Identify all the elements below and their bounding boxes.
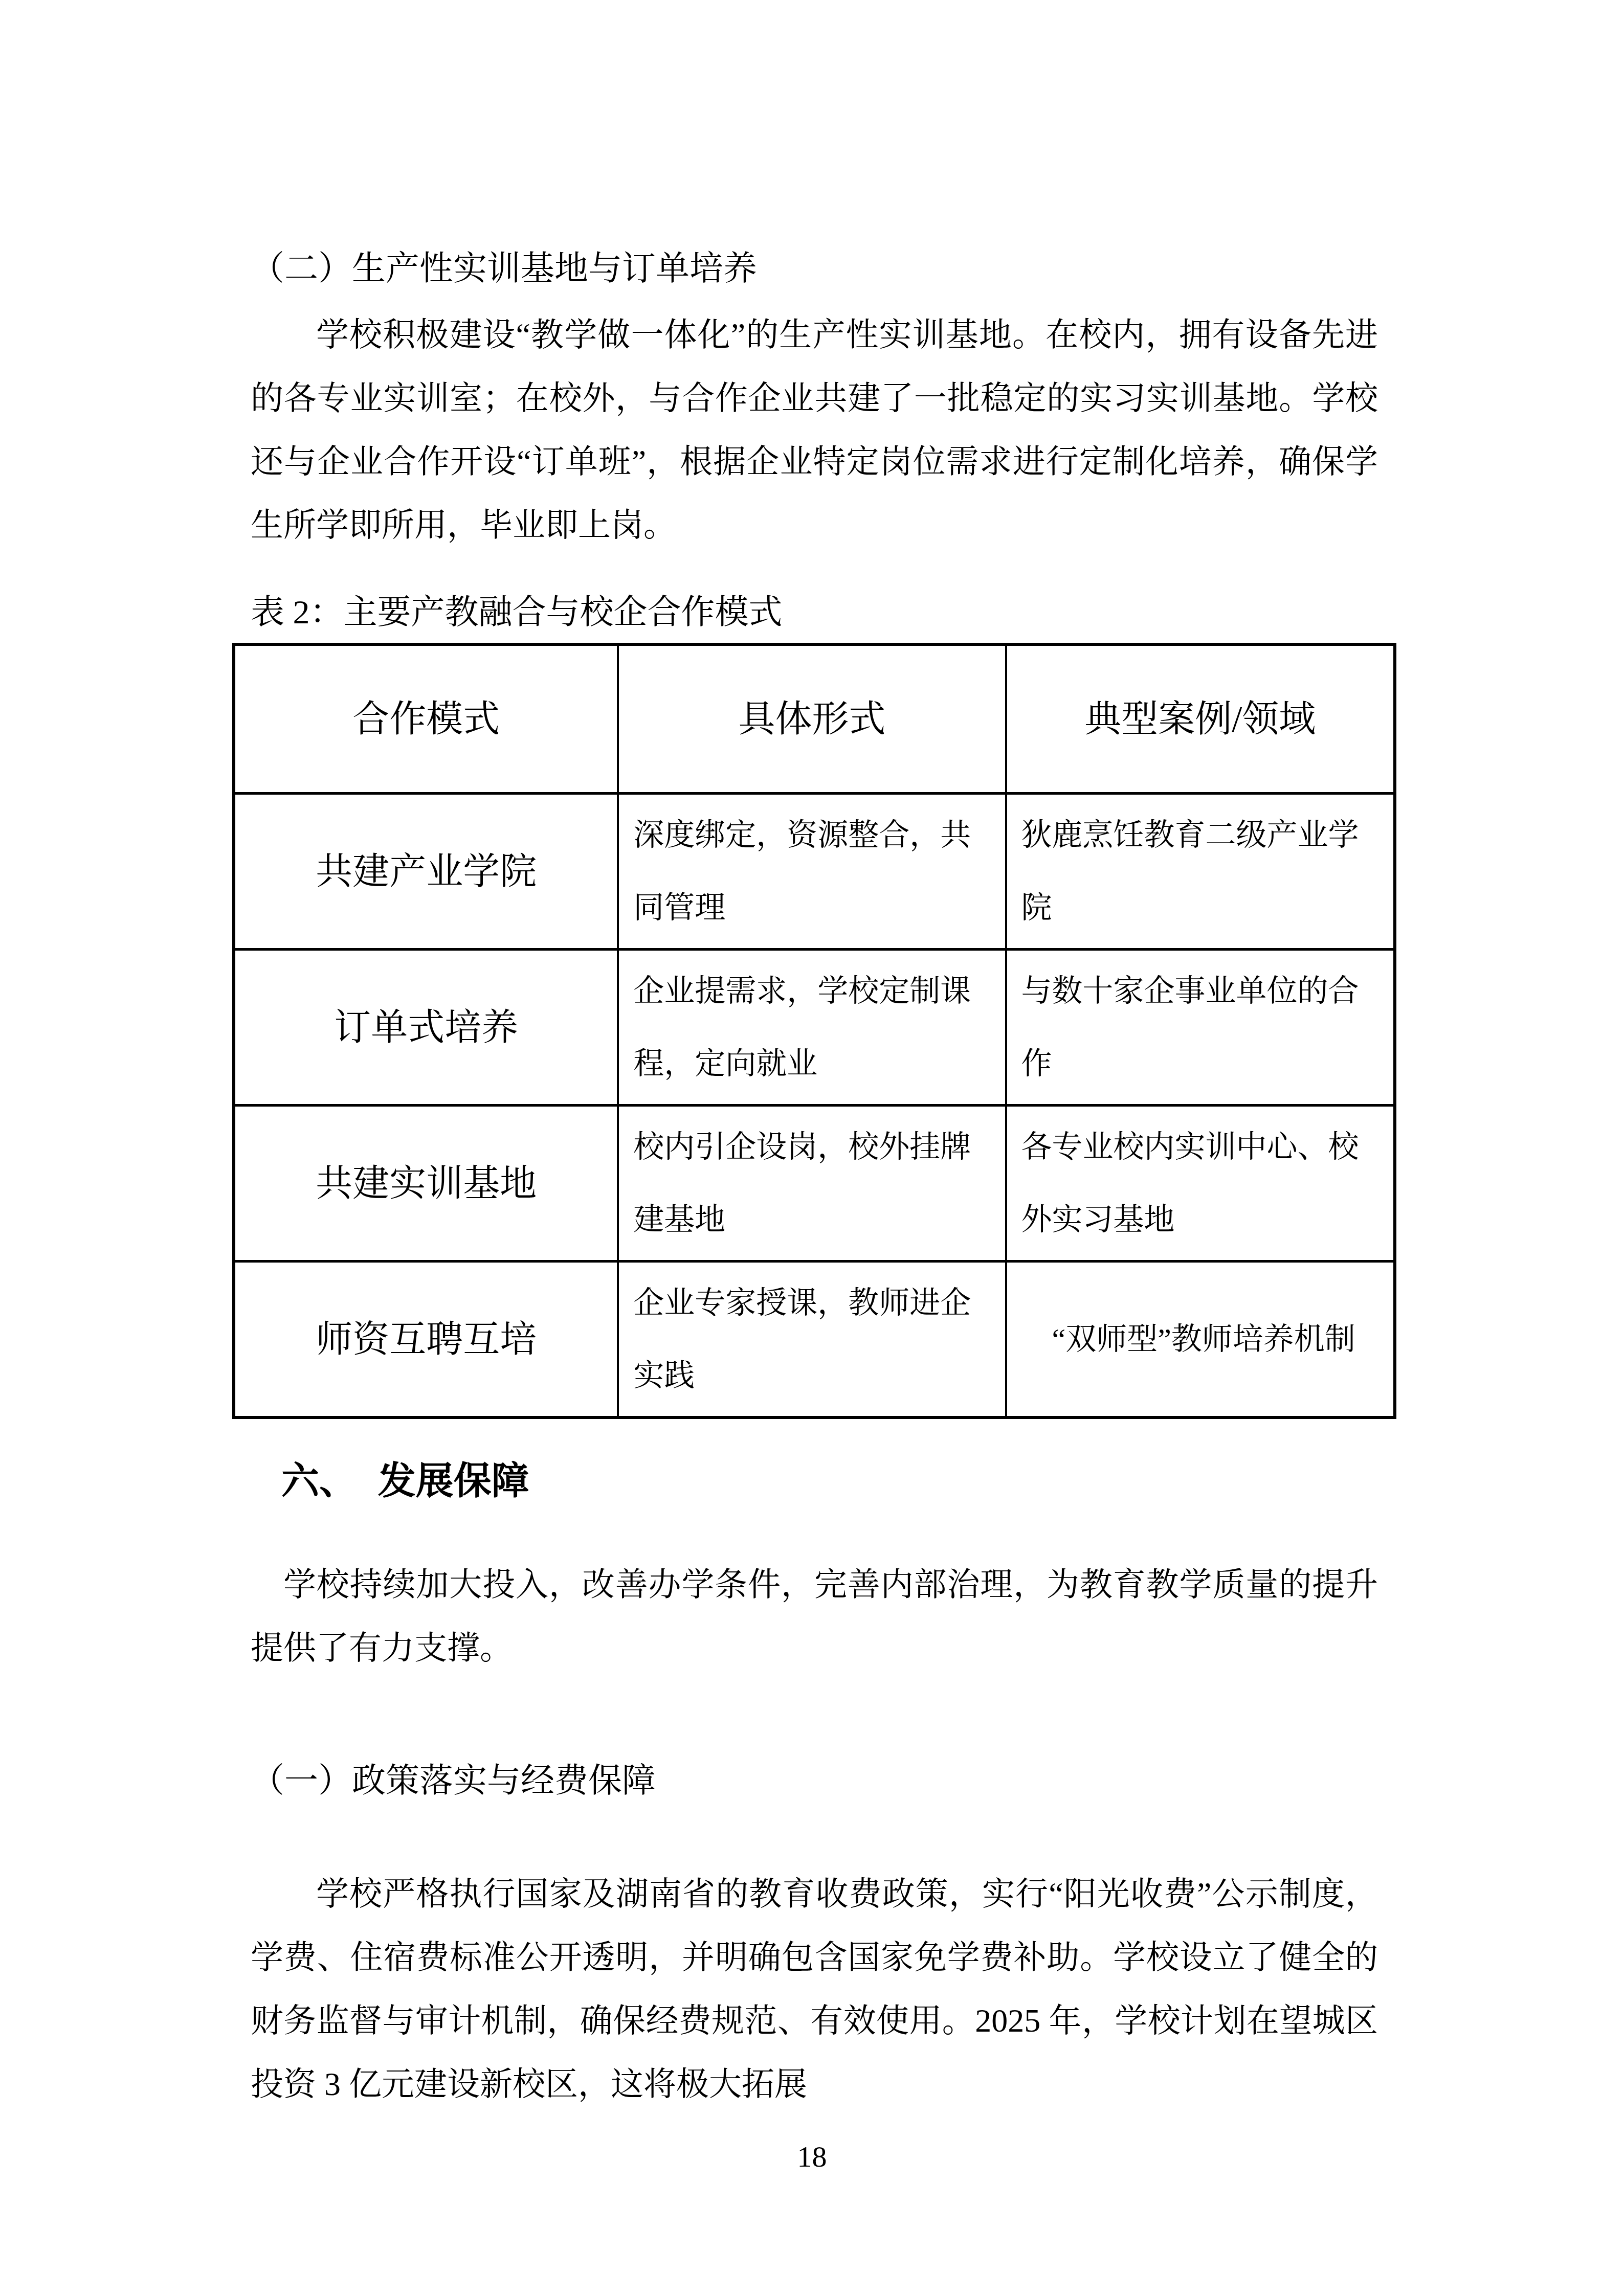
table-row: 共建产业学院 深度绑定，资源整合，共同管理 狄鹿烹饪教育二级产业学院 bbox=[234, 793, 1395, 949]
document-content: （二）生产性实训基地与订单培养 学校积极建设“教学做一体化”的生产性实训基地。在… bbox=[232, 0, 1396, 2116]
section-number: 六、 bbox=[281, 1460, 357, 1502]
table-row: 共建实训基地 校内引企设岗，校外挂牌建基地 各专业校内实训中心、校外实习基地 bbox=[234, 1105, 1395, 1261]
cell-form: 深度绑定，资源整合，共同管理 bbox=[618, 793, 1006, 949]
cell-example: 与数十家企事业单位的合作 bbox=[1006, 949, 1395, 1105]
table-header-row: 合作模式 具体形式 典型案例/领域 bbox=[234, 644, 1395, 793]
cell-example: 狄鹿烹饪教育二级产业学院 bbox=[1006, 793, 1395, 949]
cell-mode: 订单式培养 bbox=[234, 949, 618, 1105]
column-header-form: 具体形式 bbox=[618, 644, 1006, 793]
cell-example: 各专业校内实训中心、校外实习基地 bbox=[1006, 1105, 1395, 1261]
column-header-example: 典型案例/领域 bbox=[1006, 644, 1395, 793]
paragraph-policy-funding: 学校严格执行国家及湖南省的教育收费政策，实行“阳光收费”公示制度，学费、住宿费标… bbox=[251, 1862, 1378, 2116]
paragraph-training-base: 学校积极建设“教学做一体化”的生产性实训基地。在校内，拥有设备先进的各专业实训室… bbox=[251, 303, 1378, 557]
cell-form: 校内引企设岗，校外挂牌建基地 bbox=[618, 1105, 1006, 1261]
table-row: 订单式培养 企业提需求，学校定制课程，定向就业 与数十家企事业单位的合作 bbox=[234, 949, 1395, 1105]
heading-development-support: 六、发展保障 bbox=[251, 1455, 1378, 1508]
heading-policy-funding: （一）政策落实与经费保障 bbox=[251, 1757, 1378, 1805]
cell-form: 企业提需求，学校定制课程，定向就业 bbox=[618, 949, 1006, 1105]
page-number: 18 bbox=[0, 2139, 1624, 2175]
table2-caption: 表 2：主要产教融合与校企合作模式 bbox=[251, 589, 1378, 637]
column-header-mode: 合作模式 bbox=[234, 644, 618, 793]
cell-mode: 共建产业学院 bbox=[234, 793, 618, 949]
section-title: 发展保障 bbox=[378, 1460, 529, 1502]
cell-form: 企业专家授课，教师进企实践 bbox=[618, 1261, 1006, 1417]
cell-mode: 师资互聘互培 bbox=[234, 1261, 618, 1417]
paragraph-development-support: 学校持续加大投入，改善办学条件，完善内部治理，为教育教学质量的提升提供了有力支撑… bbox=[251, 1553, 1378, 1680]
table-row: 师资互聘互培 企业专家授课，教师进企实践 “双师型”教师培养机制 bbox=[234, 1261, 1395, 1417]
document-page: （二）生产性实训基地与订单培养 学校积极建设“教学做一体化”的生产性实训基地。在… bbox=[0, 0, 1624, 2296]
cooperation-modes-table: 合作模式 具体形式 典型案例/领域 共建产业学院 深度绑定，资源整合，共同管理 … bbox=[232, 643, 1396, 1419]
cell-mode: 共建实训基地 bbox=[234, 1105, 618, 1261]
cell-example: “双师型”教师培养机制 bbox=[1006, 1261, 1395, 1417]
heading-training-base: （二）生产性实训基地与订单培养 bbox=[251, 244, 1378, 293]
